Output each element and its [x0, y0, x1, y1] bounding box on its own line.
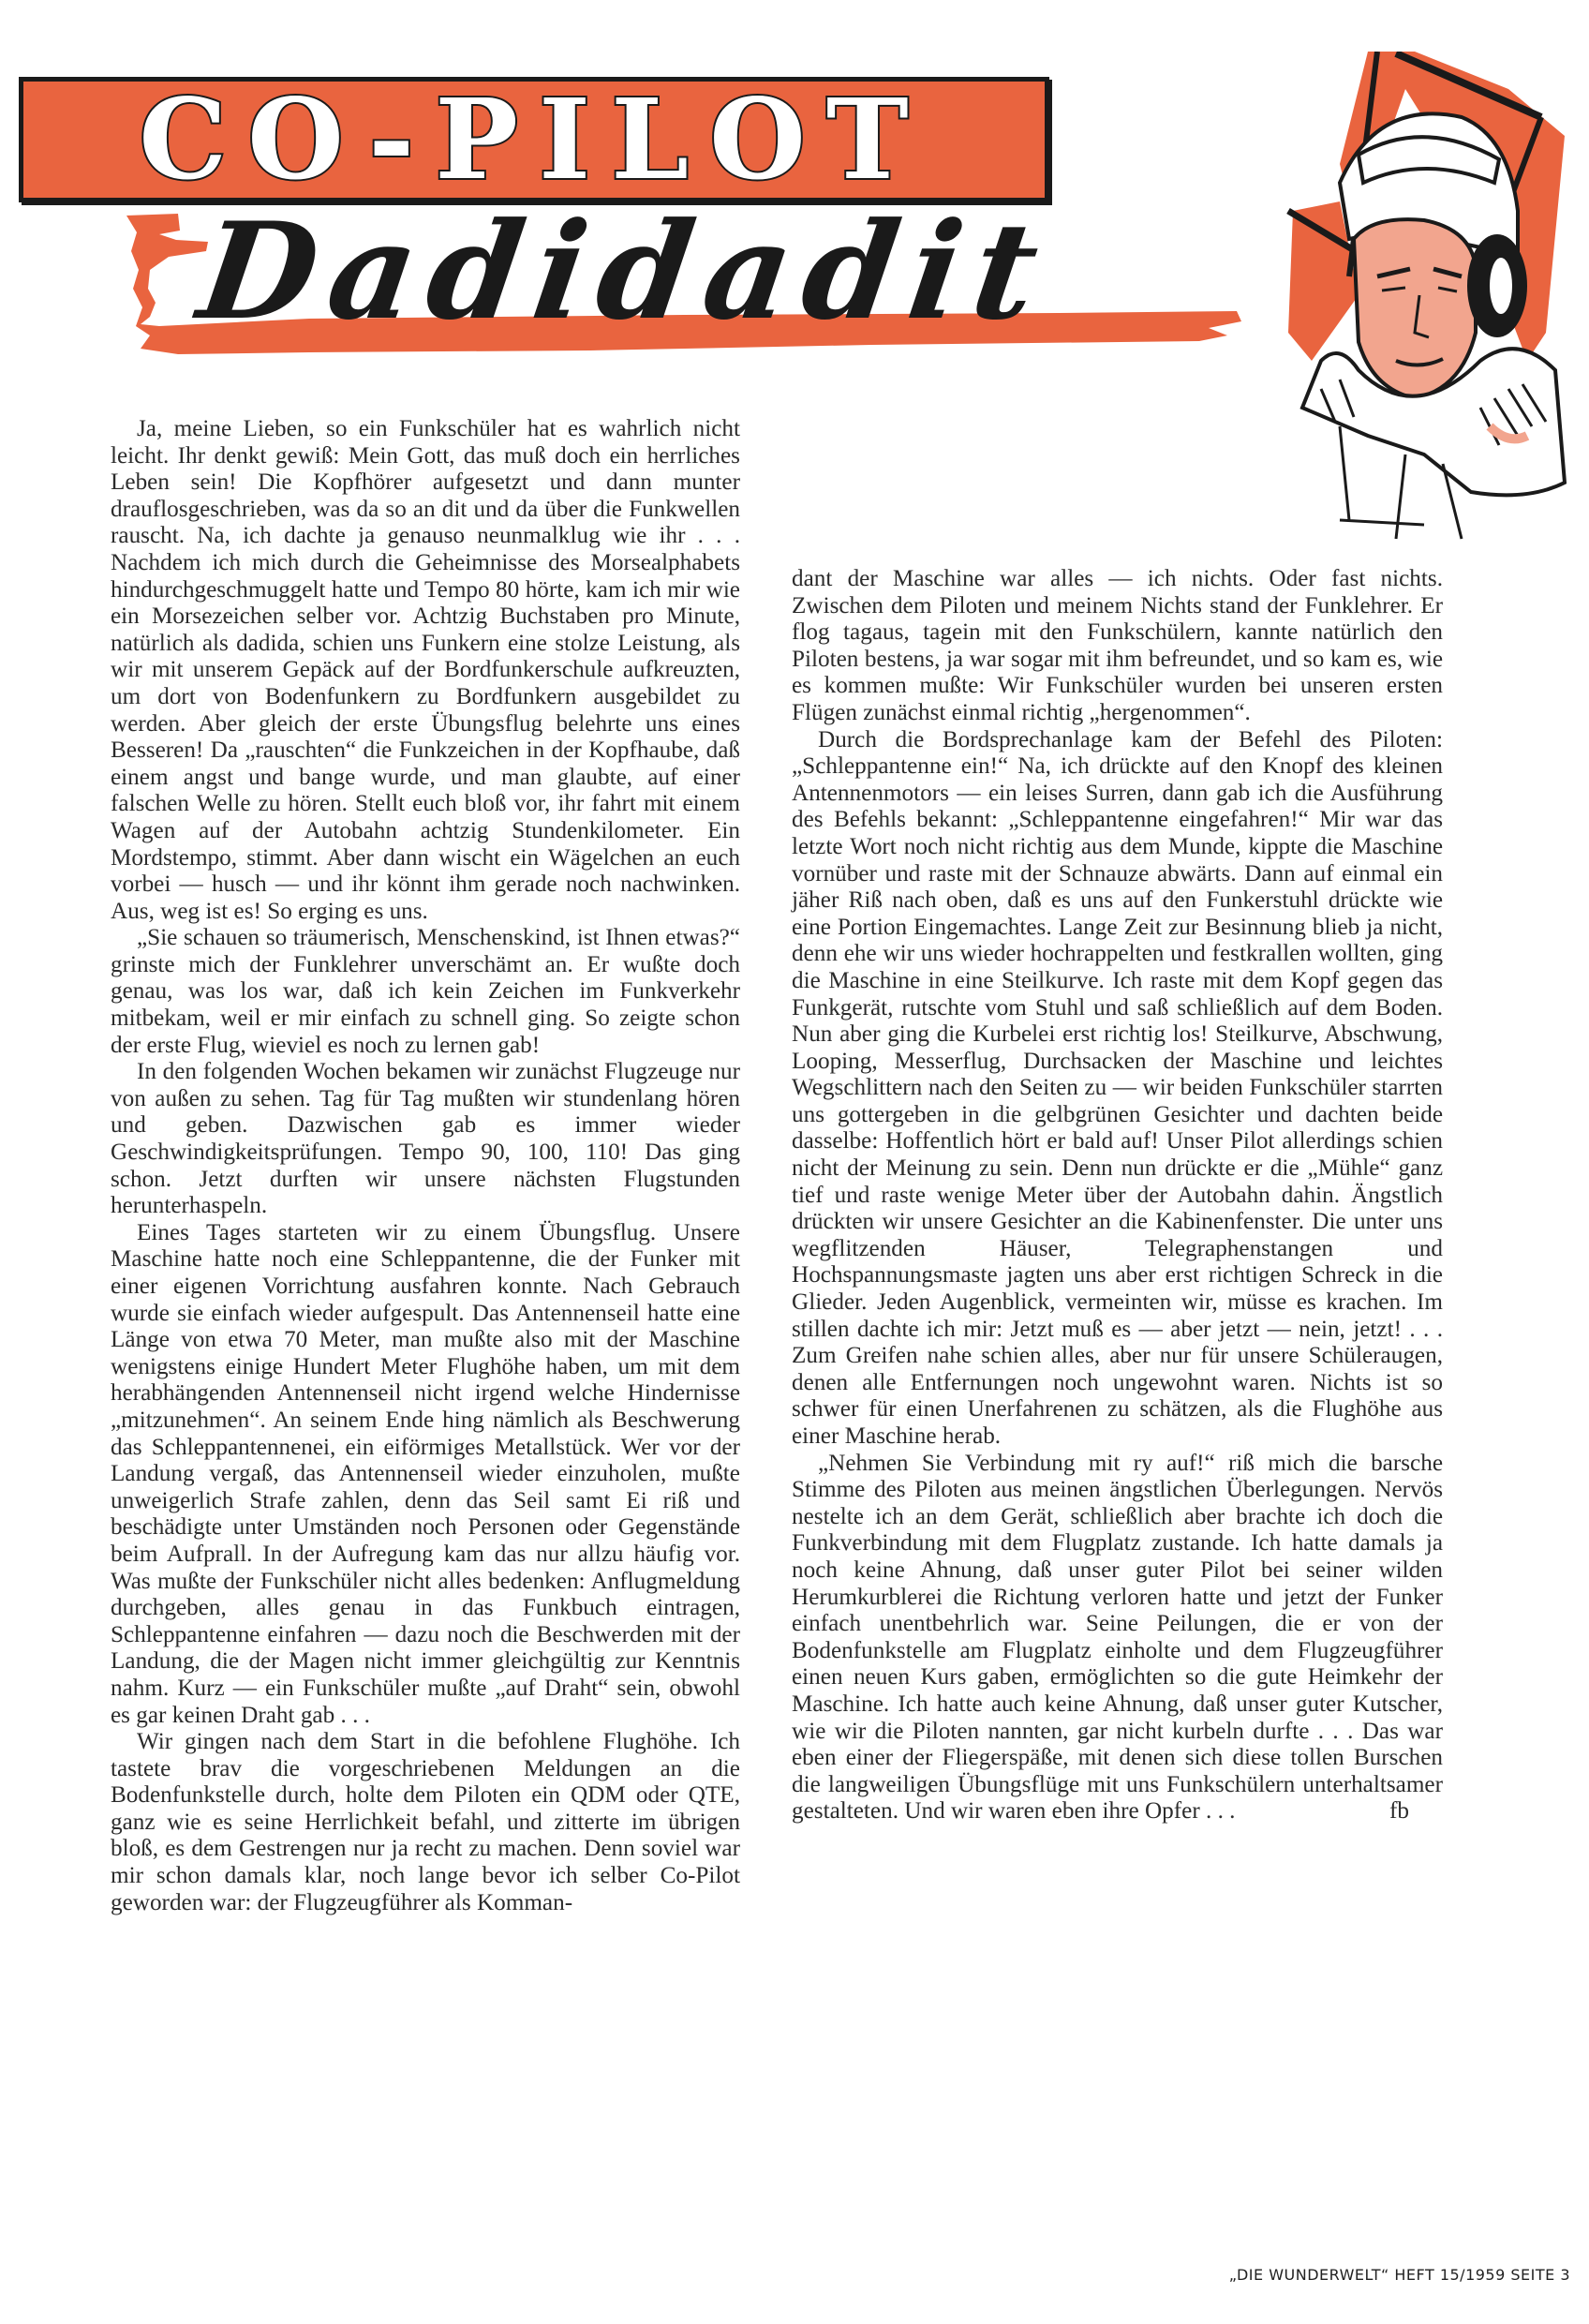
- article-column-left: Ja, meine Lieben, so ein Funkschüler hat…: [111, 416, 740, 1916]
- author-initials: fb: [1363, 1798, 1409, 1825]
- paragraph: „Nehmen Sie Verbindung mit ry auf!“ riß …: [792, 1451, 1443, 1825]
- title-banner: CO-PILOT: [19, 77, 1049, 202]
- pilot-illustration: [1284, 52, 1589, 548]
- paragraph-continued: dant der Maschine war alles — ich nichts…: [792, 566, 1443, 727]
- paragraph: „Sie schauen so träumerisch, Menschenski…: [111, 925, 740, 1059]
- headline-title: CO-PILOT: [23, 82, 1045, 198]
- page-footer: „DIE WUNDERWELT“ HEFT 15/1959 SEITE 3: [1229, 2266, 1570, 2284]
- paragraph: In den folgenden Wochen bekamen wir zunä…: [111, 1059, 740, 1220]
- article-column-right: dant der Maschine war alles — ich nichts…: [792, 566, 1443, 1825]
- paragraph: Durch die Bordsprechanlage kam der Befeh…: [792, 727, 1443, 1451]
- paragraph: Eines Tages starteten wir zu einem Übung…: [111, 1220, 740, 1729]
- paragraph: Wir gingen nach dem Start in die befohle…: [111, 1729, 740, 1916]
- paragraph: Ja, meine Lieben, so ein Funkschüler hat…: [111, 416, 740, 925]
- paragraph-text: „Nehmen Sie Verbindung mit ry auf!“ riß …: [792, 1451, 1443, 1825]
- headline-subtitle: Dadidadit: [191, 201, 1148, 342]
